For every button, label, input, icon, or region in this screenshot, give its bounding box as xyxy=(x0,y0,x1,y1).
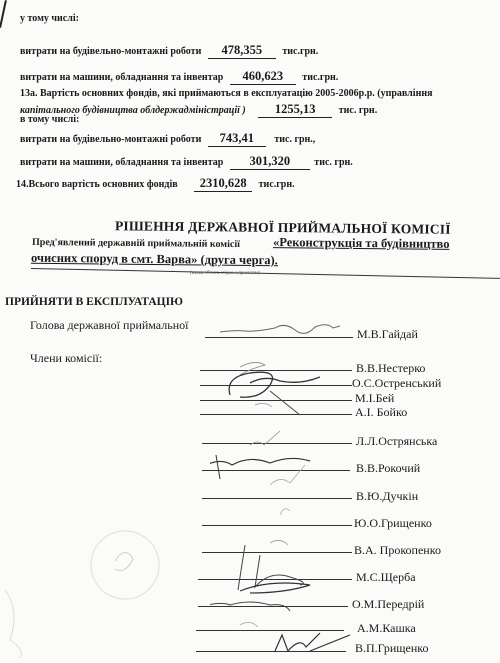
construction-costs-label: витрати на будівельно-монтажні роботи xyxy=(20,134,201,145)
construction-costs-row-2: витрати на будівельно-монтажні роботи 74… xyxy=(20,131,315,147)
chair-label: Голова державної приймальної xyxy=(30,318,188,333)
object-underline xyxy=(31,268,500,279)
construction-costs-value: 478,355 xyxy=(208,43,276,59)
section-13a-heading: 13а. Вартість основних фондів, які прийм… xyxy=(20,88,433,99)
object-name-part2: очисних споруд в смт. Варва» (друга черг… xyxy=(31,251,278,269)
member-name: А.І. Бойко xyxy=(355,405,407,420)
construction-costs-row-1: витрати на будівельно-монтажні роботи 47… xyxy=(20,43,318,59)
equipment-costs-value: 301,320 xyxy=(230,154,310,170)
total-cost-value: 2310,628 xyxy=(194,176,252,192)
total-cost-row: 14.Всього вартість основних фондів 2310,… xyxy=(16,176,295,192)
section-13a-value: 1255,13 xyxy=(258,102,332,118)
scan-edge-mark xyxy=(0,0,7,28)
accept-heading: ПРИЙНЯТИ В ЕКСПЛУАТАЦІЮ xyxy=(5,296,183,308)
member-name: В.П.Грищенко xyxy=(355,641,428,656)
member-name: Ю.О.Грищенко xyxy=(354,516,432,531)
unit-label: тис. грн. xyxy=(314,157,352,168)
unit-label: тис.грн. xyxy=(302,72,338,83)
object-caption: (назва об'єкта згідно з проектом) xyxy=(190,271,260,276)
members-label: Члени комісії: xyxy=(30,351,102,366)
unit-label: тис.грн. xyxy=(282,46,318,57)
member-name: В.Ю.Дучкін xyxy=(356,489,418,504)
member-name: О.С.Остренський xyxy=(352,376,441,391)
unit-label: тис. грн. xyxy=(339,105,377,116)
member-name: О.М.Передрій xyxy=(352,597,424,612)
handwritten-signatures-icon xyxy=(210,355,360,655)
construction-costs-value: 743,41 xyxy=(208,131,266,147)
construction-costs-label: витрати на будівельно-монтажні роботи xyxy=(20,46,201,57)
member-name: В.В.Нестерко xyxy=(356,361,425,376)
member-name: А.М.Кашка xyxy=(357,621,416,636)
object-name-part1: «Реконструкція та будівництво xyxy=(273,235,450,252)
stamp-edge-icon xyxy=(0,580,40,660)
unit-label: тис.грн. xyxy=(259,179,295,190)
including-label-2: в тому числі: xyxy=(20,114,79,125)
chair-signature-icon xyxy=(215,318,355,340)
equipment-costs-row-2: витрати на машини, обладнання та інвента… xyxy=(20,154,353,170)
unit-label: тис. грн., xyxy=(274,134,315,145)
stamp-trace-icon xyxy=(85,525,165,605)
total-cost-label: 14.Всього вартість основних фондів xyxy=(16,179,178,190)
member-name: М.С.Щерба xyxy=(356,570,416,585)
member-name: В.А. Прокопенко xyxy=(354,543,441,558)
presented-prefix: Пред'явлений державній приймальній коміс… xyxy=(32,237,240,250)
equipment-costs-label: витрати на машини, обладнання та інвента… xyxy=(20,72,223,83)
chair-name: М.В.Гайдай xyxy=(357,327,418,342)
equipment-costs-value: 460,623 xyxy=(230,69,296,85)
member-name: М.І.Бей xyxy=(355,391,394,406)
including-label-1: у тому числі: xyxy=(20,13,79,24)
member-name: Л.Л.Острянська xyxy=(356,434,437,449)
equipment-costs-label: витрати на машини, обладнання та інвента… xyxy=(20,157,223,168)
equipment-costs-row-1: витрати на машини, обладнання та інвента… xyxy=(20,69,338,85)
member-name: В.В.Рокочий xyxy=(356,461,420,476)
